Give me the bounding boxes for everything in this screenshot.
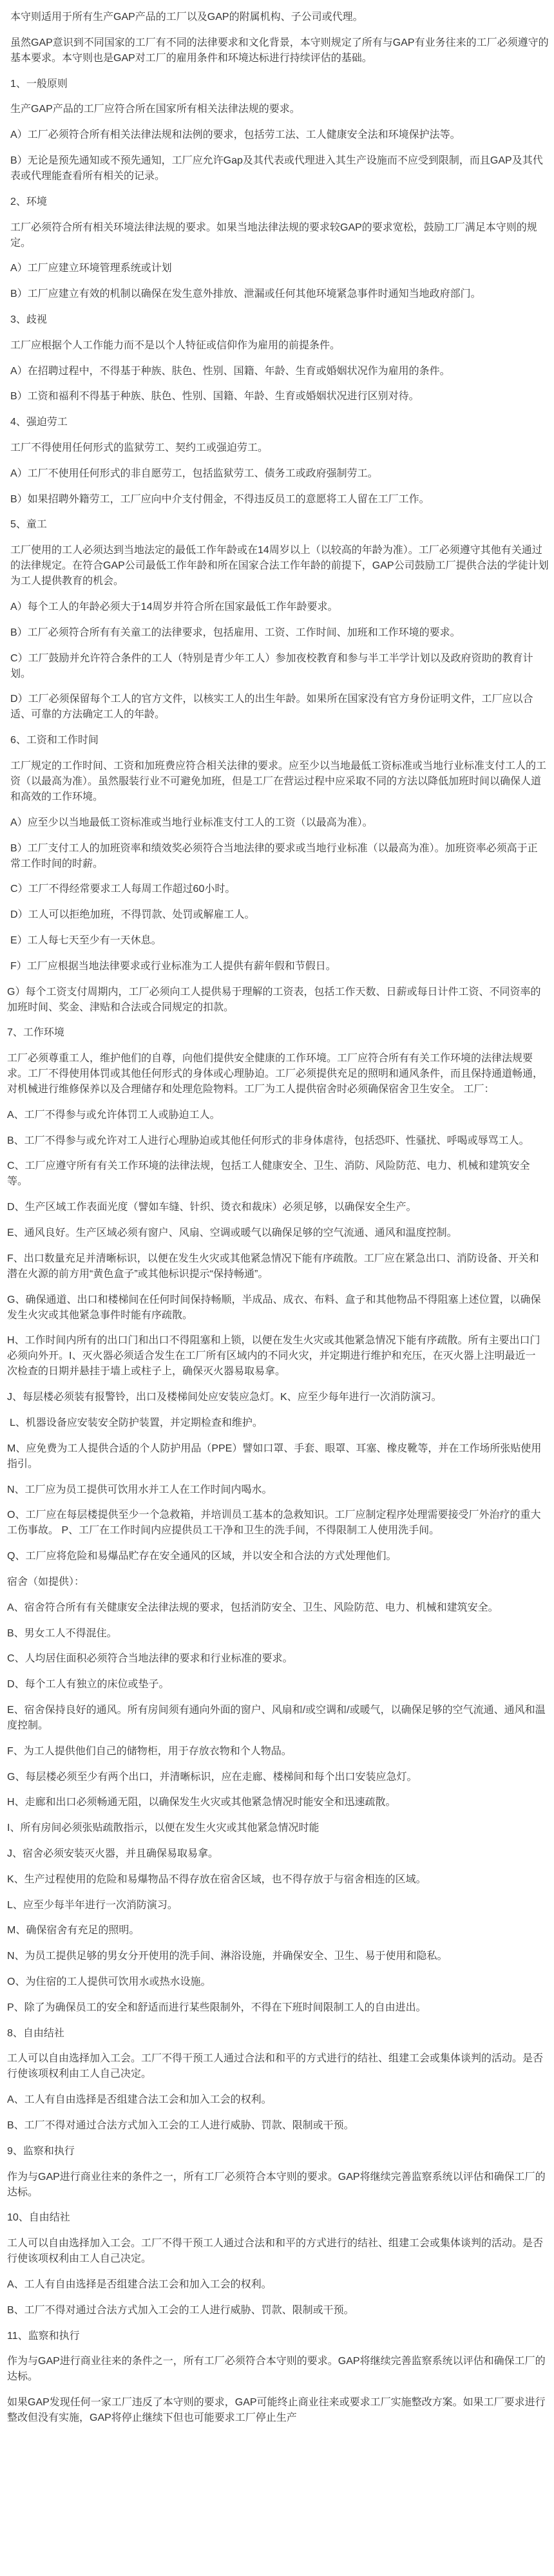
text-line: F、为工人提供他们自己的储物柜，用于存放衣物和个人物品。 [7, 1744, 554, 1759]
clause-a: A、工厂不得参与或允许体罚工人或胁迫工人。 [7, 1108, 554, 1123]
section-wages-and-hours: 6、工资和工作时间 工厂规定的工作时间、工资和加班费应符合相关法律的要求。应至少… [7, 733, 554, 1015]
text-line: A）工厂必须符合所有相关法律法规和法例的要求，包括劳工法、工人健康安全法和环境保… [10, 128, 554, 143]
section-heading: 11、监察和执行 [7, 2329, 554, 2344]
section-monitoring-and-enforcement: 9、监察和执行 作为与GAP进行商业往来的条件之一，所有工厂必须符合本守则的要求… [7, 2144, 554, 2201]
clause-a: A）工厂必须符合所有相关法律法规和法例的要求，包括劳工法、工人健康安全法和环境保… [7, 128, 554, 143]
text-line: 生产GAP产品的工厂应符合所在国家所有相关法律法规的要求。 [10, 102, 554, 117]
text-line: B）工厂应建立有效的机制以确保在发生意外排放、泄漏或任何其他环境紧急事件时通知当… [10, 287, 554, 302]
text-line: E、通风良好。生产区域必须有窗户、风扇、空调或暖气以确保足够的空气流通、通风和温… [7, 1226, 554, 1241]
section-heading: 6、工资和工作时间 [7, 733, 554, 748]
text-line: B、工厂不得对通过合法方式加入工会的工人进行威胁、罚款、限制或干预。 [7, 2118, 554, 2134]
clause-a: A、工人有自由选择是否组建合法工会和加入工会的权利。 [7, 2092, 554, 2108]
text-line: C、工厂应遵守所有有关工作环境的法律法规，包括工人健康安全、卫生、消防、风险防范… [7, 1159, 554, 1174]
dorm-clause-j: J、宿舍必须安装灭火器，并且确保易取易拿。 [7, 1846, 554, 1862]
section-heading: 7、工作环境 [7, 1025, 554, 1041]
text-line: B）无论是预先通知或不预先通知，工厂应允许Gap及其代表或代理进入其生产设施而不… [10, 153, 554, 169]
text-line: G、每层楼必须至少有两个出口，并清晰标识，应在走廊、楼梯间和每个出口安装应急灯。 [7, 1770, 554, 1785]
clause-c: C）工厂不得经常要求工人每周工作超过60小时。 [7, 882, 554, 897]
text-line: O、工厂应在每层楼提供至少一个急救箱，并培训员工基本的急救知识。工厂应制定程序处… [7, 1508, 554, 1523]
section-freedom-of-association-repeat: 10、自由结社 工人可以自由选择加入工会。工厂不得干预工人通过合法和和平的方式进… [7, 2210, 554, 2318]
section-heading: 10、自由结社 [7, 2210, 554, 2226]
text-line: 划。 [10, 667, 554, 682]
text-line: 加班时间、奖金、津贴和合法或合同规定的扣款。 [7, 1000, 554, 1016]
text-line: B、工厂不得对通过合法方式加入工会的工人进行威胁、罚款、限制或干预。 [7, 2303, 554, 2318]
section-heading: 2、环境 [7, 194, 554, 210]
text-line: 等。 [7, 1174, 554, 1189]
text-line: 工人可以自由选择加入工会。工厂不得干预工人通过合法和和平的方式进行的结社、组建工… [7, 2051, 554, 2067]
text-line: D）工人可以拒绝加班，不得罚款、处罚或解雇工人。 [10, 907, 554, 923]
clause-d: D）工人可以拒绝加班，不得罚款、处罚或解雇工人。 [7, 907, 554, 923]
clause-q: Q、工厂应将危险和易爆品贮存在安全通风的区域，并以安全和合法的方式处理他们。 [7, 1549, 554, 1564]
dorm-clause-e: E、宿舍保持良好的通风。所有房间须有通向外面的窗户、风扇和/或空调和/或暖气，以… [7, 1703, 554, 1734]
clause-h-i: H、工作时间内所有的出口门和出口不得阻塞和上锁，以便在发生火灾或其他紧急情况下能… [7, 1333, 554, 1379]
text-line: 表或代理能查看所有相关的记录。 [10, 169, 554, 184]
text-line: I、所有房间必须张贴疏散指示，以便在发生火灾或其他紧急情况时能 [7, 1821, 554, 1836]
section-paragraph: 作为与GAP进行商业往来的条件之一，所有工厂必须符合本守则的要求。GAP将继续完… [7, 2354, 554, 2385]
intro-scope-paragraph: 本守则适用于所有生产GAP产品的工厂以及GAP的附属机构、子公司或代理。 [7, 10, 554, 25]
section-heading: 3、歧视 [7, 312, 554, 328]
text-line: 工厂必须尊重工人，维护他们的自尊，向他们提供安全健康的工作环境。工厂应符合所有有… [7, 1051, 554, 1066]
section-monitoring-and-enforcement-repeat: 11、监察和执行 作为与GAP进行商业往来的条件之一，所有工厂必须符合本守则的要… [7, 2329, 554, 2427]
clause-b: B）工厂支付工人的加班资率和绩效奖必须符合当地法律的要求或当地行业标准（以最高为… [7, 841, 554, 872]
text-line: M、应免费为工人提供合适的个人防护用品（PPE）譬如口罩、手套、眼罩、耳塞、橡皮… [7, 1441, 554, 1457]
dorm-clause-c: C、人均居住面积必须符合当地法律的要求和行业标准的要求。 [7, 1651, 554, 1667]
text-line: 工厂不得使用任何形式的监狱劳工、契约工或强迫劳工。 [10, 440, 554, 456]
clause-a: A）每个工人的年龄必须大于14周岁并符合所在国家最低工作年龄要求。 [7, 600, 554, 615]
text-line: A、宿舍符合所有有关健康安全法律法规的要求，包括消防安全、卫生、风险防范、电力、… [7, 1600, 554, 1616]
text-line: J、宿舍必须安装灭火器，并且确保易取易拿。 [7, 1846, 554, 1862]
clause-c: C）工厂鼓励并允许符合条件的工人（特别是青少年工人）参加夜校教育和参与半工半学计… [7, 651, 554, 682]
text-line: 工厂使用的工人必须达到当地法定的最低工作年龄或在14周岁以上（以较高的年龄为准）… [10, 543, 554, 558]
text-line: 工伤事故。 P、工厂在工作时间内应提供员工干净和卫生的洗手间，不得限制工人使用洗… [7, 1523, 554, 1539]
text-line: 求。工厂不得使用体罚或其他任何形式的身体或心理胁迫。工厂必须提供充足的照明和通风… [7, 1066, 554, 1082]
text-line: K、生产过程使用的危险和易爆物品不得存放在宿舍区域，也不得存放于与宿舍相连的区域… [7, 1872, 554, 1888]
text-line: 为工人提供教育的机会。 [10, 574, 554, 589]
text-line: P、除了为确保员工的安全和舒适而进行某些限制外，不得在下班时间限制工人的自由进出… [7, 2000, 554, 2016]
dorm-clause-m: M、确保宿舍有充足的照明。 [7, 1923, 554, 1938]
clause-b: B、工厂不得参与或允许对工人进行心理胁迫或其他任何形式的非身体虐待，包括恐吓、性… [7, 1133, 554, 1149]
clause-c: C、工厂应遵守所有有关工作环境的法律法规，包括工人健康安全、卫生、消防、风险防范… [7, 1159, 554, 1189]
clause-d: D、生产区域工作表面光度（譬如车缝、针织、烫衣和裁床）必须足够，以确保安全生产。 [7, 1200, 554, 1215]
text-line: C）工厂鼓励并允许符合条件的工人（特别是青少年工人）参加夜校教育和参与半工半学计… [10, 651, 554, 667]
dorm-clause-a: A、宿舍符合所有有关健康安全法律法规的要求，包括消防安全、卫生、风险防范、电力、… [7, 1600, 554, 1616]
text-line: F）工厂应根据当地法律要求或行业标准为工人提供有薪年假和节假日。 [10, 959, 554, 974]
section-general-principles: 1、一般原则 生产GAP产品的工厂应符合所在国家所有相关法律法规的要求。 A）工… [7, 77, 554, 184]
clause-g: G）每个工资支付周期内，工厂必须向工人提供易于理解的工资表，包括工作天数、日薪或… [7, 985, 554, 1016]
text-line: 整改但没有实施，GAP将停止继续下但也可能要求工厂停止生产 [7, 2410, 554, 2426]
text-line: 资（以最高为准）。虽然服装行业不可避免加班，但是工厂在营运过程中应采取不同的方法… [10, 774, 554, 790]
text-line: O、为住宿的工人提供可饮用水或热水设施。 [7, 1975, 554, 1990]
text-line: A）每个工人的年龄必须大于14周岁并符合所在国家最低工作年龄要求。 [10, 600, 554, 615]
section-heading: 9、监察和执行 [7, 2144, 554, 2159]
clause-b: B）无论是预先通知或不预先通知，工厂应允许Gap及其代表或代理进入其生产设施而不… [7, 153, 554, 184]
clause-a: A）应至少以当地最低工资标准或当地行业标准支付工人的工资（以最高为准）。 [7, 815, 554, 831]
clause-b: B）工资和福利不得基于种族、肤色、性别、国籍、年龄、生育或婚姻状况进行区别对待。 [7, 389, 554, 404]
text-line: A）工厂应建立环境管理系统或计划 [10, 261, 554, 276]
clause-b: B、工厂不得对通过合法方式加入工会的工人进行威胁、罚款、限制或干预。 [7, 2303, 554, 2318]
section-freedom-of-association: 8、自由结社 工人可以自由选择加入工会。工厂不得干预工人通过合法和和平的方式进行… [7, 2026, 554, 2134]
dorm-clause-n: N、为员工提供足够的男女分开使用的洗手间、淋浴设施，并确保安全、卫生、易于使用和… [7, 1949, 554, 1964]
text-line: L、机器设备应安装安全防护装置，并定期检查和维护。 [10, 1416, 554, 1431]
text-line: C、人均居住面积必须符合当地法律的要求和行业标准的要求。 [7, 1651, 554, 1667]
intro-purpose-paragraph: 虽然GAP意识到不同国家的工厂有不同的法律要求和文化背景，本守则规定了所有与GA… [7, 35, 554, 66]
clause-m: M、应免费为工人提供合适的个人防护用品（PPE）譬如口罩、手套、眼罩、耳塞、橡皮… [7, 1441, 554, 1472]
text-line: 次检查的日期并悬挂于墙上或柱子上，确保灭火器易取易拿。 [7, 1364, 554, 1379]
text-line: 工厂规定的工作时间、工资和加班费应符合相关法律的要求。应至少以当地最低工资标准或… [10, 759, 554, 774]
text-line: 达标。 [7, 2369, 554, 2385]
section-paragraph: 工人可以自由选择加入工会。工厂不得干预工人通过合法和和平的方式进行的结社、组建工… [7, 2051, 554, 2082]
section-heading: 1、一般原则 [7, 77, 554, 92]
text-line: N、工厂应为员工提供可饮用水并工人在工作时间内喝水。 [7, 1482, 554, 1498]
text-line: 虽然GAP意识到不同国家的工厂有不同的法律要求和文化背景，本守则规定了所有与GA… [10, 35, 554, 51]
clause-b: B）工厂应建立有效的机制以确保在发生意外排放、泄漏或任何其他环境紧急事件时通知当… [7, 287, 554, 302]
text-line: E）工人每七天至少有一天休息。 [10, 933, 554, 949]
text-line: 宿舍（如提供）： [7, 1575, 554, 1590]
dorm-clause-g: G、每层楼必须至少有两个出口，并清晰标识，应在走廊、楼梯间和每个出口安装应急灯。 [7, 1770, 554, 1785]
clause-l: L、机器设备应安装安全防护装置，并定期检查和维护。 [7, 1416, 554, 1431]
clause-o-p: O、工厂应在每层楼提供至少一个急救箱，并培训员工基本的急救知识。工厂应制定程序处… [7, 1508, 554, 1539]
clause-e: E）工人每七天至少有一天休息。 [7, 933, 554, 949]
text-line: B、男女工人不得混住。 [7, 1626, 554, 1642]
text-line: 指引。 [7, 1457, 554, 1472]
clause-e: E、通风良好。生产区域必须有窗户、风扇、空调或暖气以确保足够的空气流通、通风和温… [7, 1226, 554, 1241]
dorm-clause-k: K、生产过程使用的危险和易爆物品不得存放在宿舍区域，也不得存放于与宿舍相连的区域… [7, 1872, 554, 1888]
dormitory-subheading: 宿舍（如提供）： [7, 1575, 554, 1590]
text-line: 的法律规定。在符合GAP公司最低工作年龄和所在国家合法工作年龄的前提下，GAP公… [10, 558, 554, 574]
clause-g: G、确保通道、出口和楼梯间在任何时间保持畅顺，半成品、成衣、布料、盒子和其他物品… [7, 1293, 554, 1323]
clause-a: A）在招聘过程中，不得基于种族、肤色、性别、国籍、年龄、生育或婚姻状况作为雇用的… [7, 364, 554, 379]
clause-a: A）工厂应建立环境管理系统或计划 [7, 261, 554, 276]
text-line: 工人可以自由选择加入工会。工厂不得干预工人通过合法和和平的方式进行的结社、组建工… [7, 2236, 554, 2251]
text-line: D、生产区域工作表面光度（譬如车缝、针织、烫衣和裁床）必须足够，以确保安全生产。 [7, 1200, 554, 1215]
section-paragraph: 作为与GAP进行商业往来的条件之一，所有工厂必须符合本守则的要求。GAP将继续完… [7, 2170, 554, 2201]
text-line: A、工人有自由选择是否组建合法工会和加入工会的权利。 [7, 2092, 554, 2108]
text-line: 对机械进行维修保养以及合理储存和处理危险物料。工厂为工人提供宿舍时必须确保宿舍卫… [7, 1082, 554, 1097]
text-line: 达标。 [7, 2185, 554, 2201]
section-paragraph: 工厂规定的工作时间、工资和加班费应符合相关法律的要求。应至少以当地最低工资标准或… [7, 759, 554, 805]
clause-f: F）工厂应根据当地法律要求或行业标准为工人提供有薪年假和节假日。 [7, 959, 554, 974]
text-line: 如果GAP发现任何一家工厂违反了本守则的要求，GAP可能终止商业往来或要求工厂实… [7, 2395, 554, 2410]
text-line: G、确保通道、出口和楼梯间在任何时间保持畅顺，半成品、成衣、布料、盒子和其他物品… [7, 1293, 554, 1308]
text-line: 潜在火源的前方用“黄色盒子”或其他标识提示“保持畅通”。 [7, 1267, 554, 1282]
section-discrimination: 3、歧视 工厂应根据个人工作能力而不是以个人特征或信仰作为雇用的前提条件。 A）… [7, 312, 554, 404]
section-environment: 2、环境 工厂必须符合所有相关环境法律法规的要求。如果当地法律法规的要求较GAP… [7, 194, 554, 302]
text-line: A、工厂不得参与或允许体罚工人或胁迫工人。 [7, 1108, 554, 1123]
clause-b: B）工厂必须符合所有有关童工的法律要求，包括雇用、工资、工作时间、加班和工作环境… [7, 625, 554, 641]
section-paragraph: 工厂使用的工人必须达到当地法定的最低工作年龄或在14周岁以上（以较高的年龄为准）… [7, 543, 554, 589]
text-line: 工厂必须符合所有相关环境法律法规的要求。如果当地法律法规的要求较GAP的要求宽松… [10, 220, 554, 236]
dorm-clause-h: H、走廊和出口必须畅通无阻，以确保发生火灾或其他紧急情况时能安全和迅速疏散。 [7, 1795, 554, 1810]
text-line: N、为员工提供足够的男女分开使用的洗手间、淋浴设施，并确保安全、卫生、易于使用和… [7, 1949, 554, 1964]
text-line: 行使该项权利由工人自己决定。 [7, 2067, 554, 2082]
text-line: H、走廊和出口必须畅通无阻，以确保发生火灾或其他紧急情况时能安全和迅速疏散。 [7, 1795, 554, 1810]
text-line: 必须向外开。I、灭火器必须适合发生在工厂所有区域内的不同火灾，并定期进行维护和充… [7, 1349, 554, 1364]
section-heading: 4、强迫劳工 [7, 415, 554, 430]
dorm-clause-l: L、应至少每半年进行一次消防演习。 [7, 1898, 554, 1913]
dorm-clause-d: D、每个工人有独立的床位或垫子。 [7, 1677, 554, 1692]
text-line: A）工厂不使用任何形式的非自愿劳工，包括监狱劳工、债务工或政府强制劳工。 [10, 466, 554, 482]
text-line: C）工厂不得经常要求工人每周工作超过60小时。 [10, 882, 554, 897]
text-line: B、工厂不得参与或允许对工人进行心理胁迫或其他任何形式的非身体虐待，包括恐吓、性… [7, 1133, 554, 1149]
text-line: 本守则适用于所有生产GAP产品的工厂以及GAP的附属机构、子公司或代理。 [10, 10, 554, 25]
text-line: D、每个工人有独立的床位或垫子。 [7, 1677, 554, 1692]
dorm-clause-f: F、为工人提供他们自己的储物柜，用于存放衣物和个人物品。 [7, 1744, 554, 1759]
code-of-conduct-document: 本守则适用于所有生产GAP产品的工厂以及GAP的附属机构、子公司或代理。 虽然G… [0, 0, 554, 2576]
text-line: 定。 [10, 236, 554, 251]
text-line: 工厂应根据个人工作能力而不是以个人特征或信仰作为雇用的前提条件。 [10, 338, 554, 354]
text-line: M、确保宿舍有充足的照明。 [7, 1923, 554, 1938]
dorm-clause-o: O、为住宿的工人提供可饮用水或热水设施。 [7, 1975, 554, 1990]
clause-a: A、工人有自由选择是否组建合法工会和加入工会的权利。 [7, 2277, 554, 2293]
text-line: 度控制。 [7, 1718, 554, 1734]
text-line: E、宿舍保持良好的通风。所有房间须有通向外面的窗户、风扇和/或空调和/或暖气，以… [7, 1703, 554, 1718]
section-forced-labor: 4、强迫劳工 工厂不得使用任何形式的监狱劳工、契约工或强迫劳工。 A）工厂不使用… [7, 415, 554, 507]
text-line: B）工厂必须符合所有有关童工的法律要求，包括雇用、工资、工作时间、加班和工作环境… [10, 625, 554, 641]
clause-d: D）工厂必须保留每个工人的官方文件，以核实工人的出生年龄。如果所在国家没有官方身… [7, 692, 554, 723]
clause-n: N、工厂应为员工提供可饮用水并工人在工作时间内喝水。 [7, 1482, 554, 1498]
dorm-clause-p: P、除了为确保员工的安全和舒适而进行某些限制外，不得在下班时间限制工人的自由进出… [7, 2000, 554, 2016]
clause-a: A）工厂不使用任何形式的非自愿劳工，包括监狱劳工、债务工或政府强制劳工。 [7, 466, 554, 482]
text-line: 基本要求。本守则也是GAP对工厂的雇用条件和环境达标进行持续评估的基础。 [10, 51, 554, 66]
text-line: Q、工厂应将危险和易爆品贮存在安全通风的区域，并以安全和合法的方式处理他们。 [7, 1549, 554, 1564]
section-paragraph: 生产GAP产品的工厂应符合所在国家所有相关法律法规的要求。 [7, 102, 554, 117]
dorm-clause-i: I、所有房间必须张贴疏散指示，以便在发生火灾或其他紧急情况时能 [7, 1821, 554, 1836]
clause-b: B）如果招聘外籍劳工，工厂应向中介支付佣金，不得违反员工的意愿将工人留在工厂工作… [7, 492, 554, 507]
section-paragraph: 工厂不得使用任何形式的监狱劳工、契约工或强迫劳工。 [7, 440, 554, 456]
text-line: 作为与GAP进行商业往来的条件之一，所有工厂必须符合本守则的要求。GAP将继续完… [7, 2354, 554, 2369]
text-line: L、应至少每半年进行一次消防演习。 [7, 1898, 554, 1913]
section-child-labor: 5、童工 工厂使用的工人必须达到当地法定的最低工作年龄或在14周岁以上（以较高的… [7, 517, 554, 723]
dorm-clause-b: B、男女工人不得混住。 [7, 1626, 554, 1642]
text-line: A）在招聘过程中，不得基于种族、肤色、性别、国籍、年龄、生育或婚姻状况作为雇用的… [10, 364, 554, 379]
text-line: 适、可靠的方法确定工人的年龄。 [10, 707, 554, 723]
clause-j-k: J、每层楼必须装有报警铃，出口及楼梯间处应安装应急灯。K、应至少每年进行一次消防… [7, 1390, 554, 1405]
section-paragraph: 工厂应根据个人工作能力而不是以个人特征或信仰作为雇用的前提条件。 [7, 338, 554, 354]
text-line: 发生火灾或其他紧急事件时能有序疏散。 [7, 1308, 554, 1323]
section-paragraph: 工厂必须尊重工人，维护他们的自尊，向他们提供安全健康的工作环境。工厂应符合所有有… [7, 1051, 554, 1097]
section-working-environment: 7、工作环境 工厂必须尊重工人，维护他们的自尊，向他们提供安全健康的工作环境。工… [7, 1025, 554, 2016]
text-line: D）工厂必须保留每个工人的官方文件，以核实工人的出生年龄。如果所在国家没有官方身… [10, 692, 554, 707]
text-line: B）工厂支付工人的加班资率和绩效奖必须符合当地法律的要求或当地行业标准（以最高为… [10, 841, 554, 857]
text-line: 和高效的工作环境。 [10, 790, 554, 805]
section-paragraph: 工厂必须符合所有相关环境法律法规的要求。如果当地法律法规的要求较GAP的要求宽松… [7, 220, 554, 251]
text-line: F、出口数量充足并清晰标识，以便在发生火灾或其他紧急情况下能有序疏散。工厂应在紧… [7, 1251, 554, 1267]
text-line: B）如果招聘外籍劳工，工厂应向中介支付佣金，不得违反员工的意愿将工人留在工厂工作… [10, 492, 554, 507]
text-line: H、工作时间内所有的出口门和出口不得阻塞和上锁，以便在发生火灾或其他紧急情况下能… [7, 1333, 554, 1349]
section-paragraph: 工人可以自由选择加入工会。工厂不得干预工人通过合法和和平的方式进行的结社、组建工… [7, 2236, 554, 2267]
section-heading: 8、自由结社 [7, 2026, 554, 2041]
text-line: 行使该项权利由工人自己决定。 [7, 2251, 554, 2267]
clause-b: B、工厂不得对通过合法方式加入工会的工人进行威胁、罚款、限制或干预。 [7, 2118, 554, 2134]
text-line: A、工人有自由选择是否组建合法工会和加入工会的权利。 [7, 2277, 554, 2293]
text-line: G）每个工资支付周期内，工厂必须向工人提供易于理解的工资表，包括工作天数、日薪或… [7, 985, 554, 1000]
text-line: 常工作时间的时薪。 [10, 857, 554, 872]
text-line: 作为与GAP进行商业往来的条件之一，所有工厂必须符合本守则的要求。GAP将继续完… [7, 2170, 554, 2185]
clause-f: F、出口数量充足并清晰标识，以便在发生火灾或其他紧急情况下能有序疏散。工厂应在紧… [7, 1251, 554, 1282]
section-heading: 5、童工 [7, 517, 554, 533]
text-line: J、每层楼必须装有报警铃，出口及楼梯间处应安装应急灯。K、应至少每年进行一次消防… [7, 1390, 554, 1405]
text-line: B）工资和福利不得基于种族、肤色、性别、国籍、年龄、生育或婚姻状况进行区别对待。 [10, 389, 554, 404]
violation-consequence-paragraph: 如果GAP发现任何一家工厂违反了本守则的要求，GAP可能终止商业往来或要求工厂实… [7, 2395, 554, 2426]
text-line: A）应至少以当地最低工资标准或当地行业标准支付工人的工资（以最高为准）。 [10, 815, 554, 831]
